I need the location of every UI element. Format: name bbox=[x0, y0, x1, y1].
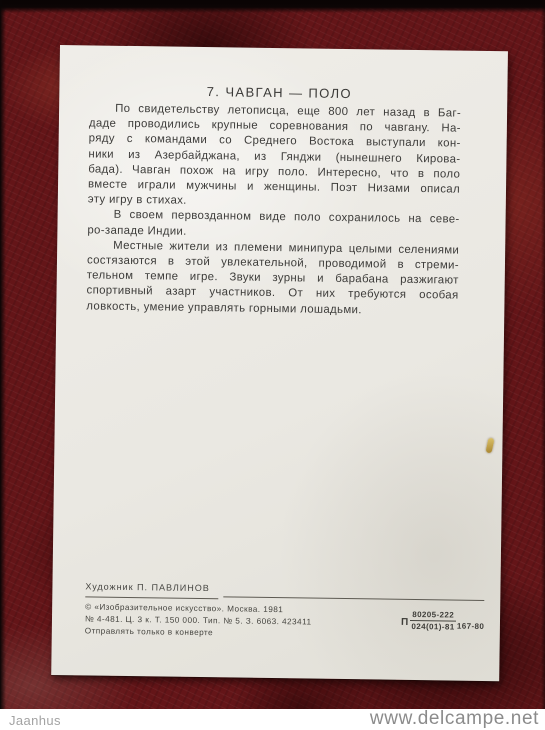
postcard-title: 7. ЧАВГАН — ПОЛО bbox=[59, 82, 499, 103]
separator-rule-short bbox=[85, 596, 218, 599]
catalog-suffix: 167-80 bbox=[457, 621, 484, 630]
separator-rule-long bbox=[223, 596, 484, 601]
postcard-back: 7. ЧАВГАН — ПОЛО По свидетельству летопи… bbox=[51, 45, 508, 681]
postcard-photo-scene: 7. ЧАВГАН — ПОЛО По свидетельству летопи… bbox=[0, 0, 545, 730]
catalog-prefix: П bbox=[401, 617, 408, 628]
catalog-denominator: 024(01)-81 bbox=[410, 621, 456, 632]
catalog-index-number: П 80205-222 024(01)-81 167-80 bbox=[401, 610, 485, 632]
photo-right-edge bbox=[541, 0, 545, 730]
site-watermark: www.delcampe.net bbox=[370, 708, 539, 730]
postcard-body-text: По свидетельству летописца, еще 800 лет … bbox=[86, 101, 461, 319]
photo-left-edge bbox=[0, 0, 6, 730]
catalog-fraction: 80205-222 024(01)-81 bbox=[410, 610, 456, 632]
seller-watermark: Jaanhus bbox=[9, 713, 61, 728]
catalog-numerator: 80205-222 bbox=[410, 610, 456, 622]
photo-top-edge bbox=[0, 0, 545, 13]
publisher-imprint: © «Изобразительное искусство». Москва. 1… bbox=[85, 601, 312, 640]
artist-credit: Художник П. ПАВЛИНОВ bbox=[85, 581, 209, 593]
